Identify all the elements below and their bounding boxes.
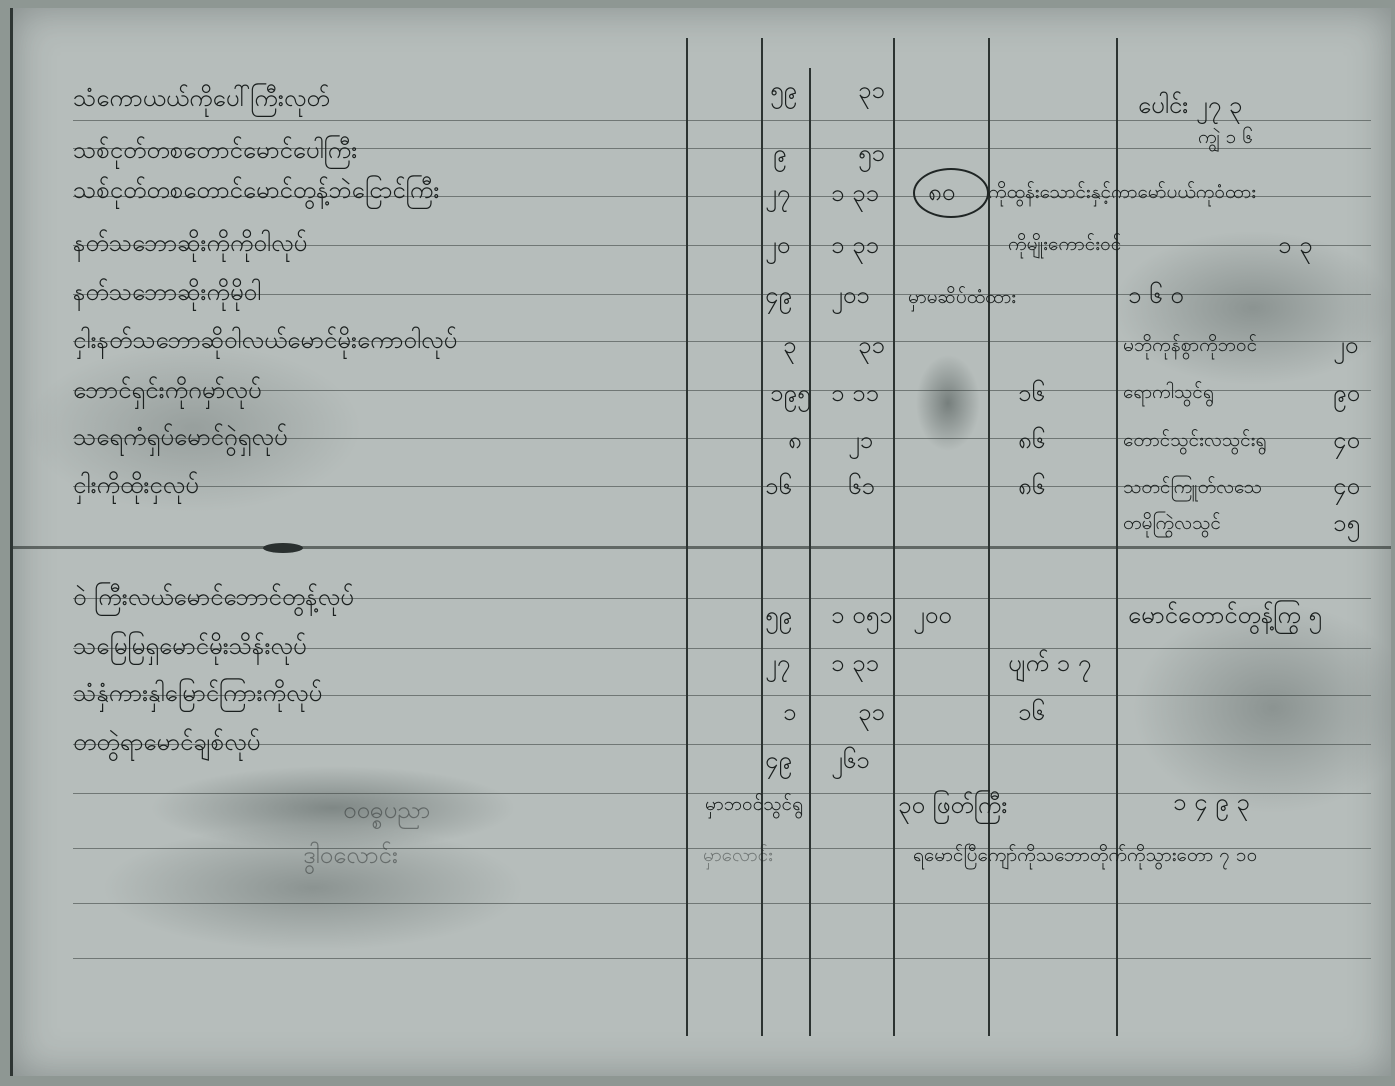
note-value: ၈၆	[1018, 428, 1045, 452]
amount-cell: ၈	[788, 428, 802, 452]
entry-text: နတ်သဘောဆိုးကိုကိုဝါလုပ်	[73, 231, 307, 255]
manuscript-page: သံကောယယ်ကိုပေါ်ကြီးလုတ် သစ်ငုတ်တစတောင်မေ…	[10, 8, 1391, 1076]
amount-cell: ၅၁	[858, 141, 885, 165]
amount-cell: ၁ ၃၁	[831, 651, 879, 675]
note-text: ပျက် ၁ ၇	[1008, 651, 1091, 675]
ruled-line	[73, 120, 1371, 121]
column-divider	[761, 38, 763, 1036]
note-text: ကိုထွန်းသောင်းနှင့်ကာမော်ပယ်ကုဝံထား	[988, 183, 1256, 202]
amount-cell: ၂၆၁	[831, 748, 870, 772]
amount-cell: ၁ ၁၁	[831, 381, 879, 405]
entry-text: သံကောယယ်ကိုပေါ်ကြီးလုတ်	[73, 86, 330, 110]
entry-text: ဝဲ ကြီးလယ်မောင်ဘောင်တွန့်လုပ်	[73, 585, 354, 609]
note-value: ၂၀၀	[913, 603, 952, 627]
column-divider	[686, 38, 688, 1036]
column-divider	[893, 38, 895, 1036]
entry-text: ငှါးနတ်သဘောဆိုဝါလယ်မောင်မိုးကောဝါလုပ်	[73, 328, 457, 352]
entry-text: သံနှံကားနှါမြောင်ကြားကိုလုပ်	[73, 681, 322, 705]
right-value: ၁ ၆ ၀	[1128, 283, 1184, 307]
amount-cell: ၄၉	[765, 283, 792, 307]
amount-cell: ၅၉	[770, 78, 797, 102]
amount-cell: ၄၉	[765, 748, 792, 772]
entry-text: ဘောင်ရှင်းကိုဂမှာ်လုပ်	[73, 378, 262, 402]
ruled-line	[73, 958, 1371, 959]
page-fold	[13, 546, 1391, 549]
amount-cell: ၂၀၁	[831, 283, 870, 307]
amount-cell: ၆၁	[848, 474, 875, 498]
amount-cell: ၁၉၅	[770, 381, 811, 405]
entry-text: သစ်ငုတ်တစတောင်မောင်တွန့်ဘဲငြောင်ကြီး	[73, 178, 439, 202]
item-label: သတင်ကြူတ်လသေ	[1123, 478, 1262, 497]
faded-text: ဒွါဝလောင်း	[303, 843, 398, 867]
faded-text: ဝဝဓ္စပညာ	[343, 798, 430, 822]
entry-text: သစ်ငုတ်တစတောင်မောင်ပေါကြီး	[73, 138, 357, 162]
total-header: ပေါင်း ၂၇ ၃	[1138, 93, 1242, 117]
item-label: မဘိုကုန်စွာကိုဘဝင်	[1123, 336, 1257, 355]
amount-cell: ၁ ၃၁	[831, 181, 879, 205]
column-divider	[809, 68, 811, 1036]
amount-cell: ၁ ၃၁	[831, 233, 879, 257]
amount-cell: ၁၆	[765, 474, 792, 498]
amount-cell: ၂၁	[848, 428, 873, 452]
item-value: ၂၀	[1333, 333, 1358, 357]
total-value: ၃၀ ဖြတ်ကြီး	[898, 793, 1007, 817]
ink-blot	[263, 543, 303, 553]
amount-cell: ၂၇	[765, 181, 790, 205]
item-value: ၉၀	[1333, 381, 1360, 405]
right-value: ၁ ၃	[1278, 233, 1313, 257]
amount-cell: ၉	[773, 141, 787, 165]
faded-note: မှာလောင်း	[703, 846, 773, 865]
item-value: ၄၀	[1333, 474, 1360, 498]
total-label: မှာဘဝင်သွင်ရွ	[705, 795, 803, 814]
circled-value: ၈၀	[928, 180, 955, 204]
entry-text: သရေကံရှပ်မောင်ဂွဲရှလုပ်	[73, 425, 288, 449]
amount-cell: ၂၇	[765, 651, 790, 675]
amount-cell: ၂၀	[765, 233, 790, 257]
footer-note: ရမောင်ပြီကျော်ကိုသဘောတိုက်ကိုသွားတော ၇ ၁…	[913, 846, 1257, 865]
amount-cell: ၃	[783, 333, 797, 357]
note-text: ကိုမျိုးကောင်းဝင်	[1008, 235, 1121, 254]
entry-text: ငှါးကိုထိုးငှလုပ်	[73, 473, 199, 497]
amount-cell: ၅၉	[765, 603, 792, 627]
item-label: တမိုကြွဲလသွင်	[1123, 514, 1221, 533]
amount-cell: ၃၁	[858, 700, 885, 724]
item-label: တောင်သွင်းလသွင်းရွ	[1123, 431, 1266, 450]
note-value: ၁၆	[1018, 700, 1045, 724]
note-value: ၈၆	[1018, 474, 1045, 498]
ruled-line	[73, 903, 1371, 904]
entry-text: သမြေမြရှမောင်မိုးသိန်းလုပ်	[73, 634, 307, 658]
ruled-line	[73, 744, 1371, 745]
total-right-value: ၁ ၄ ၉ ၃	[1173, 790, 1250, 814]
total-subheader: ကျွဲ ၁ ၆	[1198, 128, 1253, 147]
amount-cell: ၃၁	[858, 333, 885, 357]
item-value: ၄၀	[1333, 428, 1360, 452]
amount-cell: ၁	[783, 700, 797, 724]
entry-text: တတွဲရာမောင်ချစ်လုပ်	[73, 730, 260, 754]
item-value: ၁၅	[1333, 511, 1360, 535]
amount-cell: ၁ ၀၅၁	[831, 603, 893, 627]
item-label: ရောကါသွင်ရွ	[1123, 383, 1214, 402]
note-value: ၁၆	[1018, 381, 1045, 405]
entry-text: နတ်သဘောဆိုးကိုမိုဝါ	[73, 280, 261, 304]
right-note: မောင်တောင်တွန့်ကြွ ၅	[1128, 603, 1322, 627]
note-text: မှာမဆိပ်ထံထား	[908, 288, 1016, 307]
amount-cell: ၃၁	[858, 78, 885, 102]
